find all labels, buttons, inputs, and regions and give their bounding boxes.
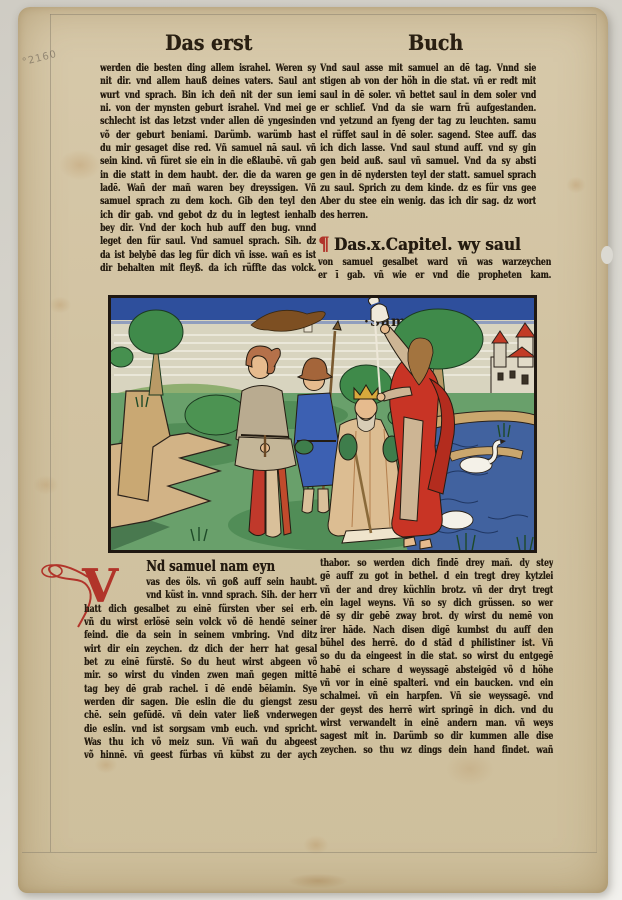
bottom-left-column: Nd samuel nam eyn vas des öls. vñ goß au… <box>84 557 317 763</box>
bottom-left-body: hatt dich gesalbet zu einē fürsten vber … <box>84 603 317 763</box>
text-line: sagest mit in. Darümb so dir kummen alle… <box>320 730 553 743</box>
chapter-heading: ¶Das.x.Capitel. wy saul von samuel gesal… <box>318 234 536 255</box>
text-line: so du da eingeest in die stat. so wirst … <box>320 650 553 663</box>
text-line: gē auff zu got in bethel. d ein tregt dr… <box>320 570 553 583</box>
text-line: hatt dich gesalbet zu einē fürsten vber … <box>84 603 317 616</box>
pencil-annotation: °2160 <box>21 49 58 68</box>
text-line: gen beid auß. saul vñ samuel. Vnd da sy … <box>320 155 536 168</box>
text-line: ich dich lasse. Vnd saul stund auff. vnd… <box>320 142 536 155</box>
text-line: schlecht ist das letzst vnder allen dē y… <box>100 115 316 128</box>
opening-line: Nd samuel nam eyn <box>146 557 317 576</box>
text-line: võ hinnē. vñ geest fürbas vñ kübst zu de… <box>84 749 317 762</box>
text-line: ladē. Wañ der mañ waren bey dreyssigen. … <box>100 182 316 195</box>
text-line: da ist belybē das leg für dich vñ isse. … <box>100 249 316 262</box>
text-line: bey dir. Vnd der koch hub auff den bug. … <box>100 222 316 235</box>
text-line: du mir gesaget dise red. Vñ samuel nā sa… <box>100 142 316 155</box>
text-line: leget den für saul. Vnd samuel sprach. S… <box>100 235 316 248</box>
text-line: er ī gab. vñ wie er vnd die propheten ka… <box>318 269 551 282</box>
text-line: bet zu einē fürstē. So du heut wirst abg… <box>84 656 317 669</box>
text-line: võ der geburt beniami. Darümb. warümb ha… <box>100 129 316 142</box>
text-line: zu saul. Sprich zu dem kinde. dz es für … <box>320 182 536 195</box>
frame-rule-left <box>50 14 51 852</box>
text-line: ich dir gab. vnd gebot dz du in legtest … <box>100 209 316 222</box>
text-line: mir. so wirst du vinden zwen mañ gegen m… <box>84 669 317 682</box>
photo-backdrop: { "page": { "running_header": { "left": … <box>0 0 622 900</box>
text-line: sein kind. vñ füret sie ein in die eßlau… <box>100 155 316 168</box>
text-line: nit dir. vnd allem hauß deines vaters. S… <box>100 75 316 88</box>
text-line: Was thu ich võ meiz sun. Vñ wañ du abgee… <box>84 736 317 749</box>
text-line: dir behalten mit fleyß. da ich rüffte da… <box>100 262 316 275</box>
text-line: in die statt in dem haubt. der. die da w… <box>100 169 316 182</box>
text-line: vñ du wirst erlösē sein volck võ dē hend… <box>84 616 317 629</box>
text-line: bühel des herrē. do d stād d philistiner… <box>320 637 553 650</box>
text-line: werden dir sagen. Die eslin die du gieng… <box>84 696 317 709</box>
text-line: vñ vor in einē spalteri. vnd ein baucken… <box>320 677 553 690</box>
text-line: saul in dē soler. vñ bettet saul in dem … <box>320 89 536 102</box>
text-line: el rüffet saul in dē soler. sagend. Stee… <box>320 129 536 142</box>
text-line: Aber du stee ein wenig. das ich dir sag.… <box>320 195 536 208</box>
text-line: von samuel gesalbet ward vñ was warzeych… <box>318 256 551 269</box>
text-line: feind. die da sein in seinem vmbring. Vn… <box>84 629 317 642</box>
top-right-column: Vnd saul asse mit samuel an dē tag. Vnnd… <box>320 62 536 222</box>
text-line: die eslin. vnd ist sorgsam vmb euch. vnd… <box>84 723 317 736</box>
top-left-column: werden die besten ding allem israhel. We… <box>100 62 316 276</box>
text-line: vñ der and drey küchlin brotz. vñ der dr… <box>320 584 553 597</box>
running-header-left: Das erst <box>165 32 252 53</box>
text-line: wurt vnd sprach. Bin ich deñ nit der sun… <box>100 89 316 102</box>
text-line: er schlief. Vnd da sie warn frü aufgesta… <box>320 102 536 115</box>
text-line: ni. von der mynsten geburt israhel. Vnd … <box>100 102 316 115</box>
running-header-right: Buch <box>408 32 463 53</box>
bottom-right-column: thabor. so werden dich findē drey mañ. d… <box>320 557 553 757</box>
text-line: des herren. <box>320 209 536 222</box>
text-line: samuel sprach zu dem koch. Gib den teyl … <box>100 195 316 208</box>
edge-chip <box>601 246 613 264</box>
text-line: dē sy dir gebē zway brot. dy wirst du ne… <box>320 610 553 623</box>
text-line: Vnd saul asse mit samuel an dē tag. Vnnd… <box>320 62 536 75</box>
bottom-left-indented: vas des öls. vñ goß auff sein haubt.vnd … <box>84 576 317 603</box>
text-line: gen in dē nydersten teyl der statt. samu… <box>320 169 536 182</box>
text-line: vnd yetzund an fyeng der tag zu leuchten… <box>320 115 536 128</box>
frame-rule-top <box>50 14 596 15</box>
manuscript-leaf: °2160 Das erst Buch werden die besten di… <box>18 7 608 893</box>
frame-rule-right <box>596 14 597 852</box>
text-line: irer hāde. Nach disen digē kumbst du auf… <box>320 624 553 637</box>
text-line: vnd küst in. vnnd sprach. Sih. der herr <box>146 589 317 602</box>
pilcrow-icon: ¶ <box>318 233 329 255</box>
text-line: stigen ab von der höh in die stat. vñ er… <box>320 75 536 88</box>
woodcut-scene: ·Samuel· <box>108 295 537 553</box>
text-line: habē ei schare d weyssagē absteigēd võ d… <box>320 664 553 677</box>
text-line: zeychen. so thu wz dings dein hand finde… <box>320 744 553 757</box>
text-line: tag bey dē grab rachel. ī dē endē bēiami… <box>84 683 317 696</box>
text-line: vas des öls. vñ goß auff sein haubt. <box>146 576 317 589</box>
text-line: ein lagel weyns. Vñ so sy dich grüssen. … <box>320 597 553 610</box>
text-line: thabor. so werden dich findē drey mañ. d… <box>320 557 553 570</box>
text-line: wirst verwandelt in einē andern man. vñ … <box>320 717 553 730</box>
text-line: werden die besten ding allem israhel. We… <box>100 62 316 75</box>
text-line: schalmei. vñ ein harpfen. Vñ sie weyssag… <box>320 690 553 703</box>
text-line: chē. sein gefūdē. vñ dein vater ließ vnd… <box>84 709 317 722</box>
woodcut-illustration: ·Samuel· <box>108 295 537 553</box>
chapter-subtitle: von samuel gesalbet ward vñ was warzeych… <box>318 256 551 283</box>
text-line: wirt dir ein zeychen. dz dich der herr h… <box>84 643 317 656</box>
chapter-title-line: ¶Das.x.Capitel. wy saul <box>318 234 521 255</box>
frame-rule-bottom <box>22 852 597 853</box>
chapter-title: Das.x.Capitel. wy saul <box>334 235 521 254</box>
text-line: der geyst des herrē wirt springē in dich… <box>320 704 553 717</box>
